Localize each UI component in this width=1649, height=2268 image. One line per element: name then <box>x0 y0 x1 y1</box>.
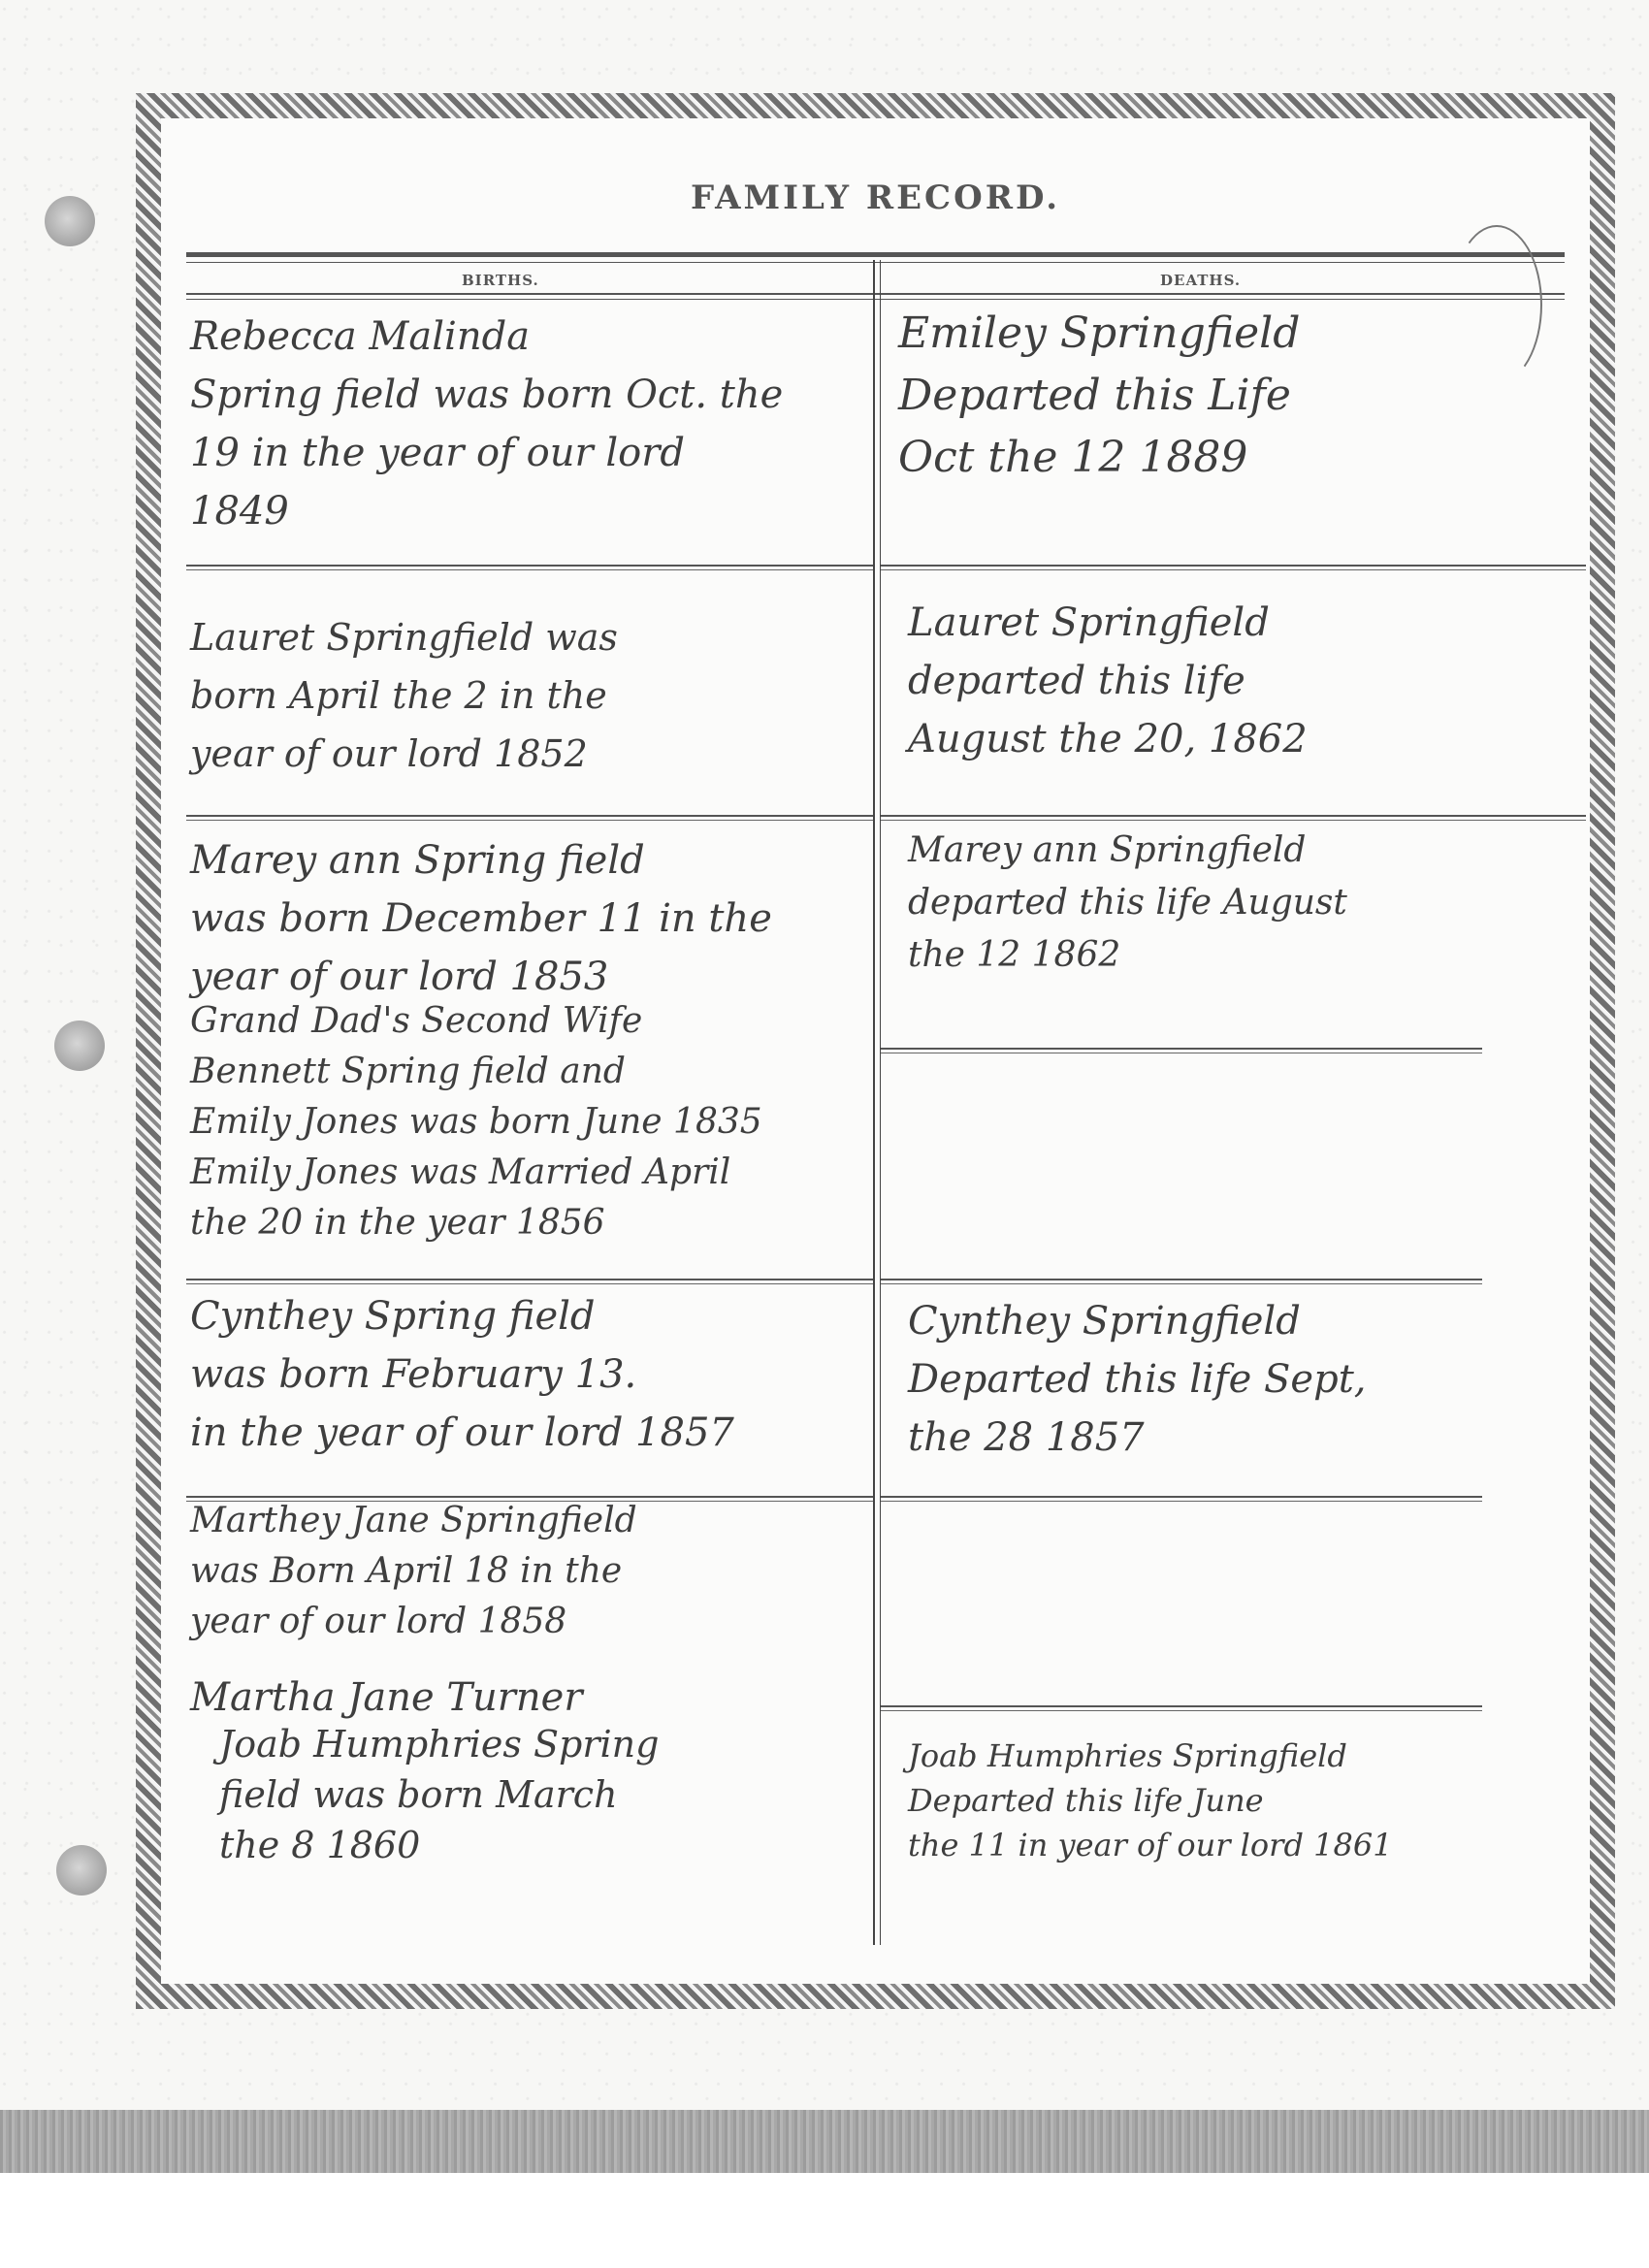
row-divider <box>186 565 873 570</box>
row-divider <box>881 565 1586 570</box>
row-divider <box>186 815 873 821</box>
scan-bottom-edge <box>0 2110 1649 2173</box>
birth-entry: Lauret Springfield was born April the 2 … <box>190 608 618 783</box>
pen-stroke-mark <box>1451 225 1542 384</box>
ornamental-border: FAMILY RECORD. BIRTHS. DEATHS. Rebecca M… <box>136 93 1615 2009</box>
row-divider <box>881 1279 1482 1284</box>
birth-entry: Marey ann Spring field was born December… <box>190 831 772 1006</box>
binder-hole-top <box>45 196 95 246</box>
scanned-page: FAMILY RECORD. BIRTHS. DEATHS. Rebecca M… <box>0 0 1649 2171</box>
binder-hole-bottom <box>56 1845 107 1895</box>
row-divider <box>881 1705 1482 1711</box>
record-form: FAMILY RECORD. BIRTHS. DEATHS. Rebecca M… <box>161 118 1590 1984</box>
births-header: BIRTHS. <box>462 272 539 289</box>
column-divider <box>873 260 881 1945</box>
birth-entry: Cynthey Spring field was born February 1… <box>190 1287 734 1462</box>
binder-hole-middle <box>54 1021 105 1071</box>
death-entry: Emiley Springfield Departed this Life Oc… <box>898 303 1300 489</box>
deaths-header: DEATHS. <box>1160 272 1241 289</box>
death-entry: Lauret Springfield departed this life Au… <box>908 594 1308 768</box>
death-entry: Cynthey Springfield Departed this life S… <box>908 1292 1367 1467</box>
row-divider <box>186 1279 873 1284</box>
row-divider <box>881 1048 1482 1053</box>
birth-entry: Grand Dad's Second Wife Bennett Spring f… <box>190 996 762 1248</box>
birth-entry: Rebecca Malinda Spring field was born Oc… <box>190 308 783 540</box>
birth-entry: Marthey Jane Springfield was Born April … <box>190 1496 637 1647</box>
death-entry: Marey ann Springfield departed this life… <box>908 825 1347 982</box>
birth-entry: Joab Humphries Spring field was born Mar… <box>219 1719 659 1870</box>
row-divider <box>881 815 1586 821</box>
form-title: FAMILY RECORD. <box>161 178 1590 217</box>
birth-entry: Martha Jane Turner <box>190 1669 582 1727</box>
row-divider <box>881 1496 1482 1502</box>
death-entry: Joab Humphries Springfield Departed this… <box>908 1733 1393 1867</box>
